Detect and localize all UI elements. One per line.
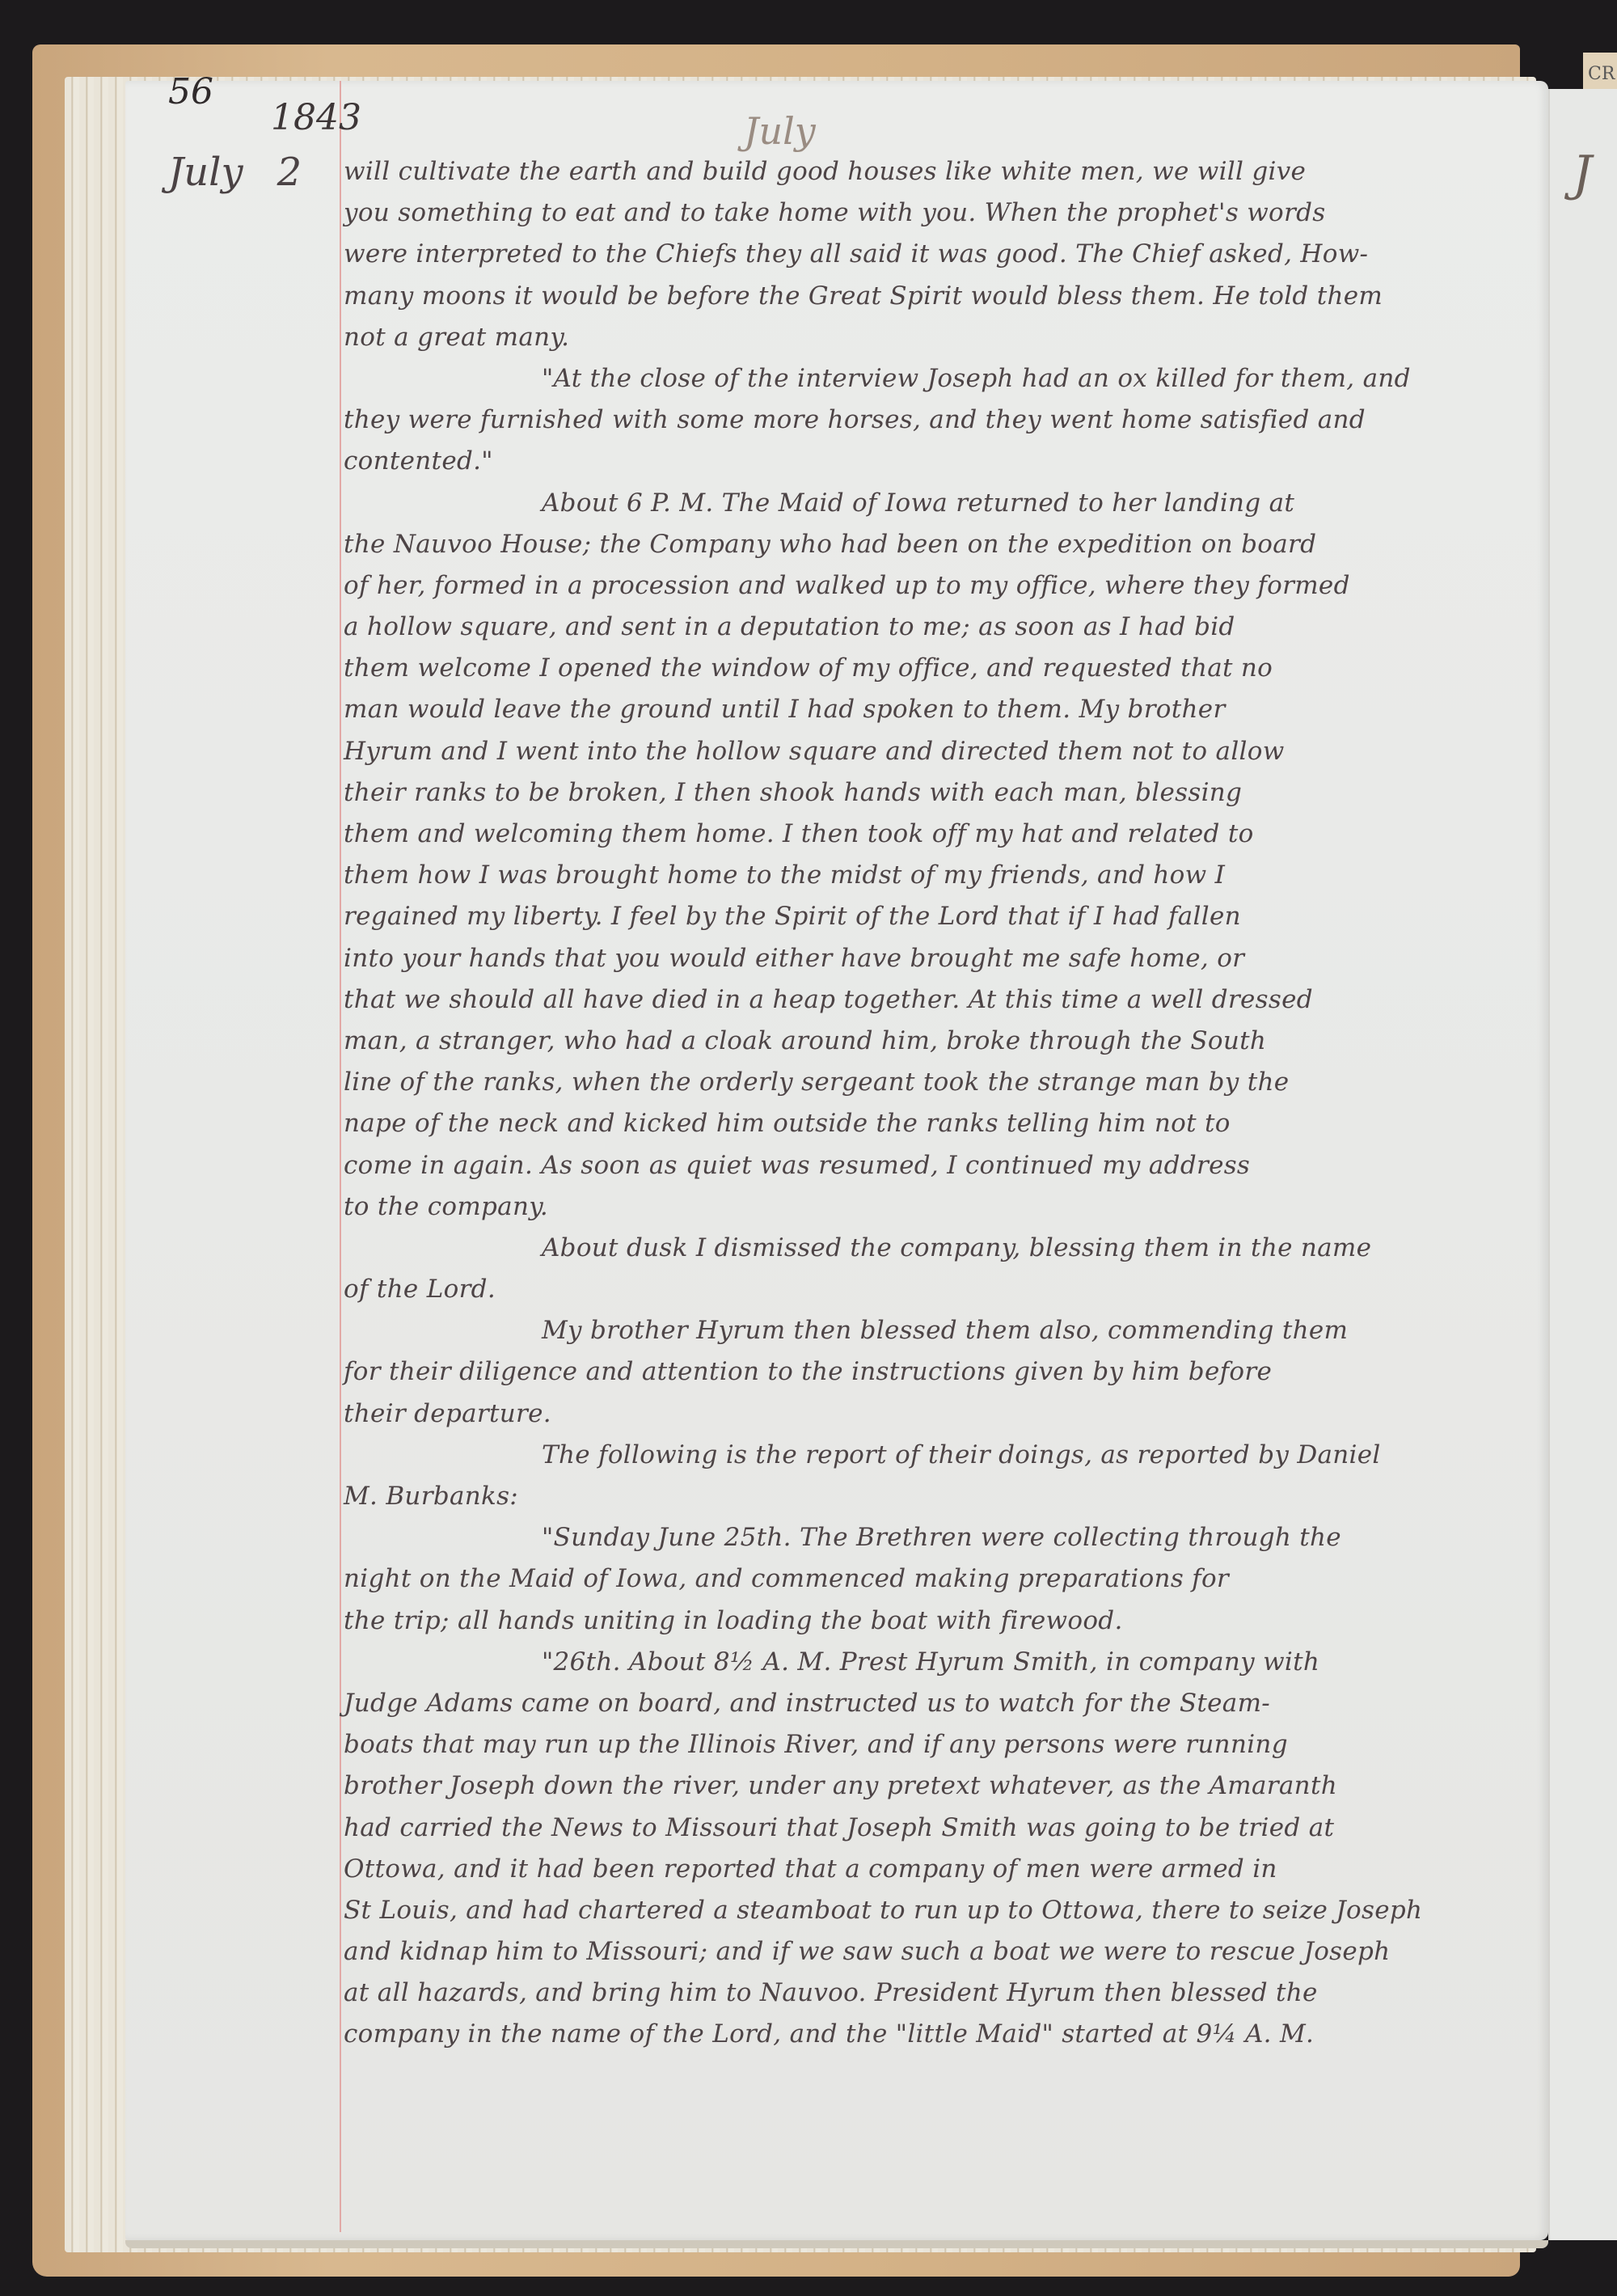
text-line: at all hazards, and bring him to Nauvoo.… <box>344 1973 1540 2014</box>
text-line: Ottowa, and it had been reported that a … <box>344 1849 1540 1890</box>
next-page-tab: CR <box>1583 53 1617 89</box>
margin-date-month: July <box>168 150 243 195</box>
text-line: of the Lord. <box>344 1269 1540 1310</box>
text-line: their ranks to be broken, I then shook h… <box>344 772 1540 814</box>
text-line: they were furnished with some more horse… <box>344 400 1540 441</box>
text-line: them and welcoming them home. I then too… <box>344 814 1540 855</box>
text-line: boats that may run up the Illinois River… <box>344 1724 1540 1765</box>
text-line: them welcome I opened the window of my o… <box>344 648 1540 689</box>
text-line: for their diligence and attention to the… <box>344 1351 1540 1393</box>
text-line: About 6 P. M. The Maid of Iowa returned … <box>344 483 1540 524</box>
page-bottom-edge <box>125 2240 1548 2248</box>
text-line: line of the ranks, when the orderly serg… <box>344 1062 1540 1103</box>
text-line: company in the name of the Lord, and the… <box>344 2014 1540 2055</box>
text-line: the Nauvoo House; the Company who had be… <box>344 524 1540 565</box>
text-line: their departure. <box>344 1393 1540 1435</box>
text-line: About dusk I dismissed the company, bles… <box>344 1228 1540 1269</box>
journal-text: will cultivate the earth and build good … <box>344 151 1540 2056</box>
text-line: and kidnap him to Missouri; and if we sa… <box>344 1931 1540 1973</box>
text-line: "Sunday June 25th. The Brethren were col… <box>344 1517 1540 1558</box>
text-line: that we should all have died in a heap t… <box>344 979 1540 1021</box>
text-line: St Louis, and had chartered a steamboat … <box>344 1890 1540 1931</box>
text-line: will cultivate the earth and build good … <box>344 151 1540 192</box>
text-line: nape of the neck and kicked him outside … <box>344 1103 1540 1144</box>
text-line: the trip; all hands uniting in loading t… <box>344 1600 1540 1642</box>
text-line: contented." <box>344 441 1540 482</box>
text-line: "At the close of the interview Joseph ha… <box>344 358 1540 400</box>
margin-date: July2 <box>168 150 302 195</box>
text-line: come in again. As soon as quiet was resu… <box>344 1145 1540 1186</box>
text-line: not a great many. <box>344 317 1540 358</box>
text-line: man would leave the ground until I had s… <box>344 689 1540 730</box>
next-page-edge <box>1548 89 1617 2240</box>
text-line: to the company. <box>344 1186 1540 1228</box>
text-line: Hyrum and I went into the hollow square … <box>344 731 1540 772</box>
text-line: were interpreted to the Chiefs they all … <box>344 234 1540 275</box>
next-page-glyph: J <box>1573 146 1592 202</box>
margin-rule <box>340 81 341 2232</box>
text-line: My brother Hyrum then blessed them also,… <box>344 1310 1540 1351</box>
text-line: them how I was brought home to the midst… <box>344 855 1540 896</box>
text-line: Judge Adams came on board, and instructe… <box>344 1683 1540 1724</box>
text-line: "26th. About 8½ A. M. Prest Hyrum Smith,… <box>344 1642 1540 1683</box>
text-line: The following is the report of their doi… <box>344 1435 1540 1476</box>
year-heading: 1843 <box>271 97 361 138</box>
text-line: many moons it would be before the Great … <box>344 276 1540 317</box>
month-heading: July <box>744 109 816 153</box>
text-line: regained my liberty. I feel by the Spiri… <box>344 896 1540 937</box>
margin-date-day: 2 <box>277 150 302 195</box>
text-line: night on the Maid of Iowa, and commenced… <box>344 1558 1540 1600</box>
text-line: had carried the News to Missouri that Jo… <box>344 1808 1540 1849</box>
text-line: M. Burbanks: <box>344 1476 1540 1517</box>
text-line: man, a stranger, who had a cloak around … <box>344 1021 1540 1062</box>
page-number: 56 <box>168 71 213 112</box>
text-line: brother Joseph down the river, under any… <box>344 1765 1540 1807</box>
text-line: into your hands that you would either ha… <box>344 938 1540 979</box>
text-line: a hollow square, and sent in a deputatio… <box>344 607 1540 648</box>
text-line: of her, formed in a procession and walke… <box>344 565 1540 607</box>
text-line: you something to eat and to take home wi… <box>344 192 1540 234</box>
